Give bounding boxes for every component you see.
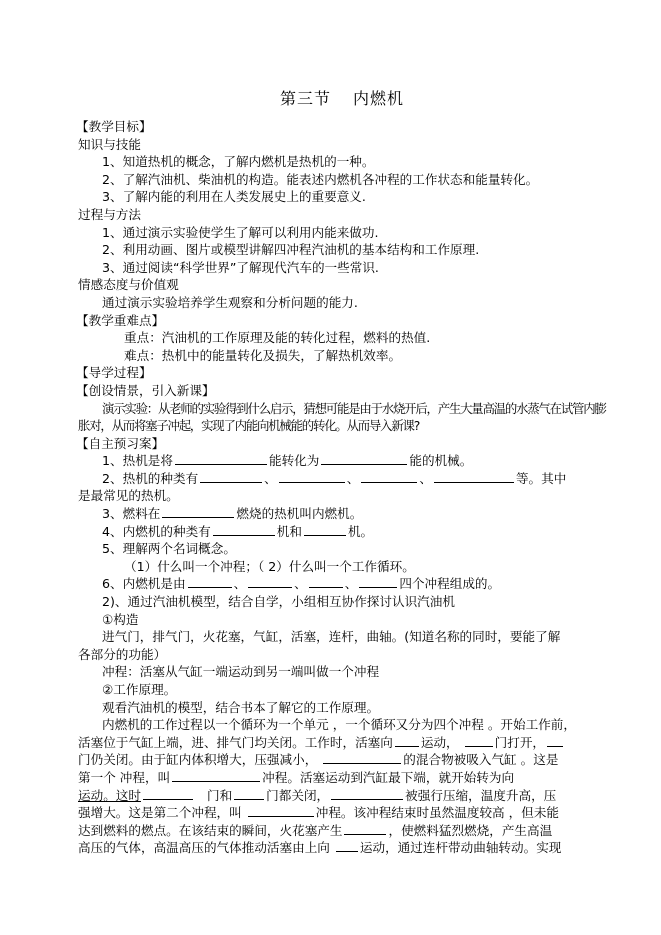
q-text: 机和 [277,524,302,539]
p-text: 门都关闭， [266,788,329,803]
p-text: 门和 [207,788,232,803]
p-text: 活塞位于气缸上端，进、排气门均关闭。工作时，活塞向 [78,735,393,750]
attitude-heading: 情感态度与价值观 [78,276,606,294]
p-text: 强增大。这是第二个冲程，叫 [78,805,242,820]
page-title: 第三节内燃机 [78,86,606,112]
preview-q1: 1、热机是将能转化为能的机械。 [78,452,606,470]
stroke-definition: 冲程：活塞从气缸一端运动到另一端叫做一个冲程 [78,663,606,681]
q-text: 4、内燃机的种类有 [102,524,211,539]
keypoints-heading: 【教学重难点】 [76,312,606,330]
q-text: 四个冲程组成的。 [399,576,500,591]
q-text: 、 [264,471,277,486]
answer-blank[interactable] [323,751,401,764]
principle-line: 高压的气体，高温高压的气体推动活塞由上向 运动，通过连杆带动曲轴转动。实现 [78,839,606,857]
q-text: 燃烧的热机叫内燃机。 [236,506,362,521]
answer-blank[interactable] [304,523,346,536]
q-text: 能转化为 [269,453,319,468]
q-text: 、 [419,471,432,486]
preview-q5-sub: （1）什么叫一个冲程；（ 2）什么叫一个工作循环。 [78,558,606,576]
answer-blank[interactable] [188,575,232,588]
principle-line: 强增大。这是第二个冲程，叫 冲程。该冲程结束时虽然温度较高 ，但未能 [78,804,606,822]
answer-blank[interactable] [248,804,314,817]
principle-line: 达到燃料的燃点。在该结束的瞬间，火花塞产生，使燃料猛烈燃烧，产生高温 [78,822,606,840]
preview-heading: 【自主预习案】 [76,435,606,453]
answer-blank[interactable] [248,575,292,588]
answer-blank[interactable] [361,470,417,483]
principle-heading: ②工作原理。 [78,681,606,699]
answer-blank[interactable] [200,470,262,483]
answer-blank[interactable] [547,734,563,747]
preview-q6: 6、内燃机是由、、、四个冲程组成的。 [78,575,606,593]
preview-q4: 4、内燃机的种类有机和机。 [78,523,606,541]
answer-blank[interactable] [234,787,264,800]
process-item: 3、通过阅读“科学世界”了解现代汽车的一些常识. [78,259,606,277]
answer-blank[interactable] [434,470,514,483]
keypoint-key: 重点：汽油机的工作原理及能的转化过程，燃料的热值. [78,329,606,347]
answer-blank[interactable] [143,787,193,800]
intro-heading: 【创设情景，引入新课】 [76,382,606,400]
p-text: 的混合物被吸入气缸 。这是 [403,752,558,767]
answer-blank[interactable] [395,734,419,747]
answer-blank[interactable] [465,734,493,747]
p-text: 运动，通过连杆带动曲轴转动。实现 [360,840,562,855]
answer-blank[interactable] [321,452,407,465]
title-section: 第三节 [280,89,331,108]
q-text: 6、内燃机是由 [102,576,186,591]
knowledge-item: 3、了解内能的利用在人类发展史上的重要意义. [78,188,606,206]
principle-line: 门仍关闭。由于缸内体积增大，压强减小， 的混合物被吸入气缸 。这是 [78,751,606,769]
p-text: 高压的气体，高温高压的气体推动活塞由上向 [78,840,330,855]
answer-blank[interactable] [359,575,397,588]
process-heading: 过程与方法 [78,206,606,224]
answer-blank[interactable] [162,505,234,518]
p-text: 冲程。活塞运动到汽缸最下端，就开始转为向 [262,770,514,785]
preview-q5: 5、理解两个名词概念。 [78,540,606,558]
p-text: 冲程。该冲程结束时虽然温度较高 ，但未能 [316,805,559,820]
answer-blank[interactable] [172,769,260,782]
intro-text-cont: 胀对，从而将塞子冲起，实现了内能向机械能的转化。从而导入新课? [78,417,606,435]
keypoint-difficult: 难点：热机中的能量转化及损失，了解热机效率。 [78,347,606,365]
principle-line: 活塞位于气缸上端，进、排气门均关闭。工作时，活塞向运动， 门打开， [78,734,606,752]
knowledge-item: 2、了解汽油机、柴油机的构造。能表述内燃机各冲程的工作状态和能量转化。 [78,171,606,189]
document-page: 第三节内燃机 【教学目标】 知识与技能 1、知道热机的概念，了解内燃机是热机的一… [78,86,606,857]
knowledge-item: 1、知道热机的概念，了解内燃机是热机的一种。 [78,153,606,171]
attitude-item: 通过演示实验培养学生观察和分析问题的能力. [78,294,606,312]
p-text: 门仍关闭。由于缸内体积增大，压强减小， [78,752,317,767]
answer-blank[interactable] [331,787,403,800]
q-text: 、 [234,576,247,591]
answer-blank[interactable] [336,839,358,852]
preview-q3: 3、燃料在燃烧的热机叫内燃机。 [78,505,606,523]
structure-text-cont: 各部分的功能） [78,646,606,664]
structure-heading: ①构造 [78,611,606,629]
q-text: 机。 [348,524,373,539]
answer-blank[interactable] [344,822,386,835]
p-text: 达到燃料的燃点。在该结束的瞬间，火花塞产生 [78,823,342,838]
structure-text: 进气门，排气门，火花塞，气缸，活塞，连杆，曲轴。(知道名称的同时，要能了解 [78,628,606,646]
p-text: 运动。这时 [78,788,141,803]
p-text: 第一个 冲程，叫 [78,770,170,785]
p-text: 运动， [421,735,459,750]
guide-heading: 【导学过程】 [76,364,606,382]
title-topic: 内燃机 [353,89,404,108]
section2-heading: 2)、通过汽油机模型，结合自学，小组相互协作探讨认识汽油机 [78,593,606,611]
answer-blank[interactable] [175,452,267,465]
principle-line: 第一个 冲程，叫冲程。活塞运动到汽缸最下端，就开始转为向 [78,769,606,787]
q-text: 3、燃料在 [102,506,160,521]
q-text: 、 [345,576,358,591]
q-text: 等。其中 [516,471,566,486]
principle-intro: 观看汽油机的模型，结合书本了解它的工作原理。 [78,699,606,717]
goals-heading: 【教学目标】 [76,118,606,136]
preview-q2: 2、热机的种类有、、、等。其中 [78,470,606,488]
preview-q2-cont: 是最常见的热机。 [78,487,606,505]
p-text: ，使燃料猛烈燃烧，产生高温 [388,823,552,838]
knowledge-heading: 知识与技能 [78,136,606,154]
process-item: 1、通过演示实验使学生了解可以利用内能来做功. [78,224,606,242]
p-text: 门打开， [495,735,545,750]
answer-blank[interactable] [309,575,343,588]
q-text: 2、热机的种类有 [102,471,198,486]
intro-text: 演示实验：从老师的实验得到什么启示，猜想可能是由于水烧开后，产生大量高温的水蒸气… [78,400,606,418]
q-text: 、 [294,576,307,591]
principle-line: 运动。这时 门和门都关闭，被强行压缩，温度升高，压 [78,787,606,805]
principle-line: 内燃机的工作过程以一个循环为一个单元 ，一个循环又分为四个冲程 。开始工作前， [78,716,606,734]
q-text: 、 [347,471,360,486]
answer-blank[interactable] [279,470,345,483]
answer-blank[interactable] [213,523,275,536]
q-text: 能的机械。 [409,453,472,468]
p-text: 被强行压缩，温度升高，压 [405,788,556,803]
q-text: 1、热机是将 [102,453,173,468]
process-item: 2、利用动画、图片或模型讲解四冲程汽油机的基本结构和工作原理. [78,241,606,259]
